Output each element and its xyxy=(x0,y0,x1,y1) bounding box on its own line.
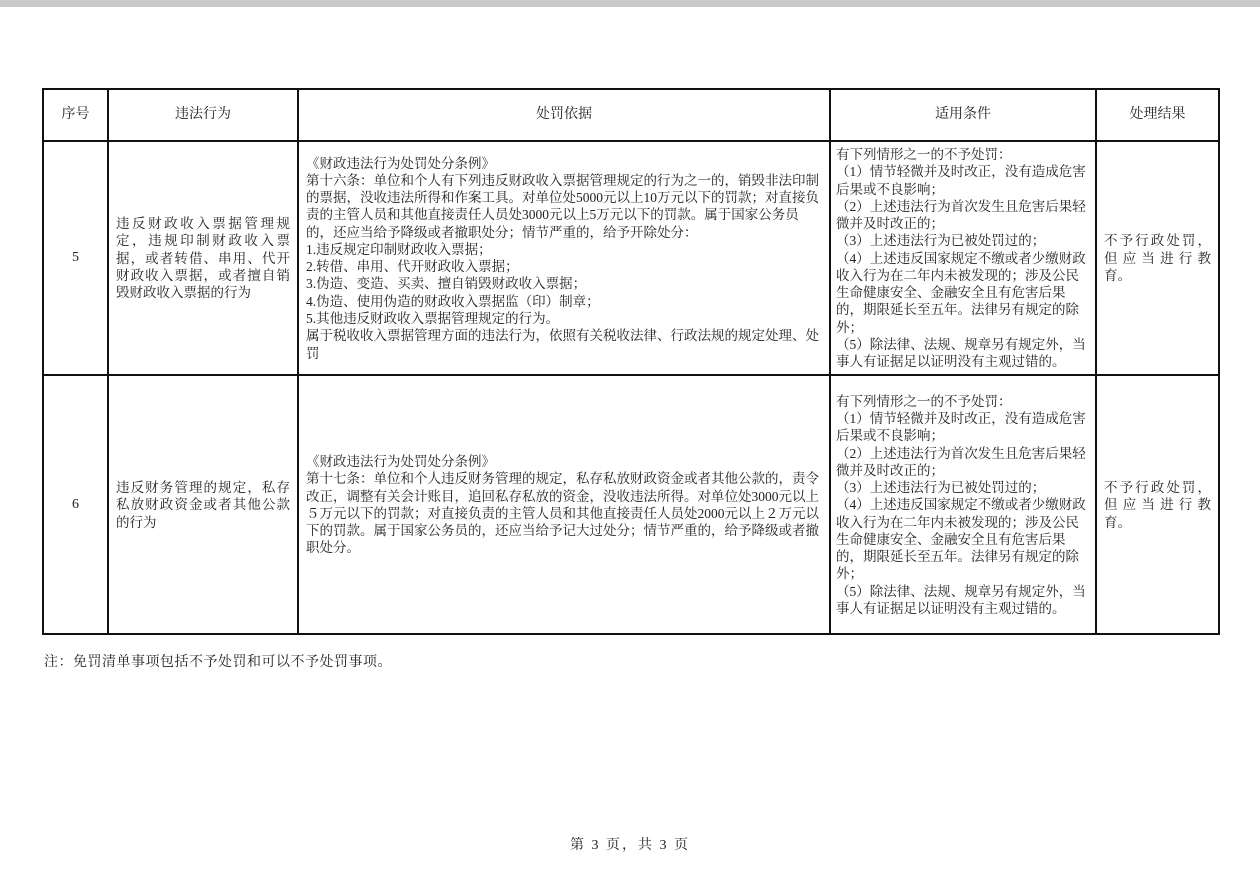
text-line: （1）情节轻微并及时改正，没有造成危害后果或不良影响； xyxy=(836,410,1090,445)
page-number: 第 3 页，共 3 页 xyxy=(0,834,1260,854)
text-line: （4）上述违反国家规定不缴或者少缴财政收入行为在二年内未被发现的；涉及公民生命健… xyxy=(836,250,1090,336)
cell-behavior: 违反财政收入票据管理规定，违规印制财政收入票据，或者转借、串用、代开财政收入票据… xyxy=(108,141,298,375)
col-header-result: 处理结果 xyxy=(1096,89,1219,141)
penalty-table: 序号 违法行为 处罚依据 适用条件 处理结果 5 违反财政收入票据管理规定，违规… xyxy=(42,88,1220,635)
text-line: 《财政违法行为处罚处分条例》 xyxy=(306,155,822,172)
col-header-basis: 处罚依据 xyxy=(298,89,830,141)
text-line: 属于税收收入票据管理方面的违法行为，依照有关税收法律、行政法规的规定处理、处罚 xyxy=(306,327,822,362)
text-line: 4.伪造、使用伪造的财政收入票据监（印）制章； xyxy=(306,293,822,310)
page-top-strip xyxy=(0,0,1260,7)
text-line: （4）上述违反国家规定不缴或者少缴财政收入行为在二年内未被发现的；涉及公民生命健… xyxy=(836,496,1090,582)
footnote: 注：免罚清单事项包括不予处罚和可以不予处罚事项。 xyxy=(44,651,392,671)
col-header-conditions: 适用条件 xyxy=(830,89,1096,141)
text-line: （5）除法律、法规、规章另有规定外，当事人有证据足以证明没有主观过错的。 xyxy=(836,336,1090,371)
text-line: 2.转借、串用、代开财政收入票据； xyxy=(306,258,822,275)
text-line: 《财政违法行为处罚处分条例》 xyxy=(306,453,822,470)
cell-result: 不予行政处罚，但应当进行教育。 xyxy=(1096,141,1219,375)
cell-row-number: 5 xyxy=(43,141,108,375)
text-line: 有下列情形之一的不予处罚： xyxy=(836,393,1090,410)
col-header-behavior: 违法行为 xyxy=(108,89,298,141)
table-row: 6 违反财务管理的规定，私存私放财政资金或者其他公款的行为 《财政违法行为处罚处… xyxy=(43,375,1219,634)
text-line: 有下列情形之一的不予处罚： xyxy=(836,146,1090,163)
document-page: 序号 违法行为 处罚依据 适用条件 处理结果 5 违反财政收入票据管理规定，违规… xyxy=(0,0,1260,893)
text-line: （2）上述违法行为首次发生且危害后果轻微并及时改正的； xyxy=(836,445,1090,480)
text-line: （1）情节轻微并及时改正，没有造成危害后果或不良影响； xyxy=(836,163,1090,198)
text-line: （3）上述违法行为已被处罚过的； xyxy=(836,232,1090,249)
cell-conditions: 有下列情形之一的不予处罚：（1）情节轻微并及时改正，没有造成危害后果或不良影响；… xyxy=(830,141,1096,375)
col-header-number: 序号 xyxy=(43,89,108,141)
cell-basis: 《财政违法行为处罚处分条例》第十六条：单位和个人有下列违反财政收入票据管理规定的… xyxy=(298,141,830,375)
text-line: 1.违反规定印制财政收入票据； xyxy=(306,241,822,258)
cell-row-number: 6 xyxy=(43,375,108,634)
text-line: （2）上述违法行为首次发生且危害后果轻微并及时改正的； xyxy=(836,198,1090,233)
cell-behavior: 违反财务管理的规定，私存私放财政资金或者其他公款的行为 xyxy=(108,375,298,634)
text-line: （5）除法律、法规、规章另有规定外，当事人有证据足以证明没有主观过错的。 xyxy=(836,583,1090,618)
text-line: 第十六条：单位和个人有下列违反财政收入票据管理规定的行为之一的，销毁非法印制的票… xyxy=(306,172,822,241)
cell-basis: 《财政违法行为处罚处分条例》第十七条：单位和个人违反财务管理的规定，私存私放财政… xyxy=(298,375,830,634)
cell-conditions: 有下列情形之一的不予处罚：（1）情节轻微并及时改正，没有造成危害后果或不良影响；… xyxy=(830,375,1096,634)
text-line: 3.伪造、变造、买卖、擅自销毁财政收入票据； xyxy=(306,275,822,292)
cell-result: 不予行政处罚，但应当进行教育。 xyxy=(1096,375,1219,634)
table-header-row: 序号 违法行为 处罚依据 适用条件 处理结果 xyxy=(43,89,1219,141)
text-line: （3）上述违法行为已被处罚过的； xyxy=(836,479,1090,496)
text-line: 5.其他违反财政收入票据管理规定的行为。 xyxy=(306,310,822,327)
table-row: 5 违反财政收入票据管理规定，违规印制财政收入票据，或者转借、串用、代开财政收入… xyxy=(43,141,1219,375)
text-line: 第十七条：单位和个人违反财务管理的规定，私存私放财政资金或者其他公款的，责令改正… xyxy=(306,470,822,556)
